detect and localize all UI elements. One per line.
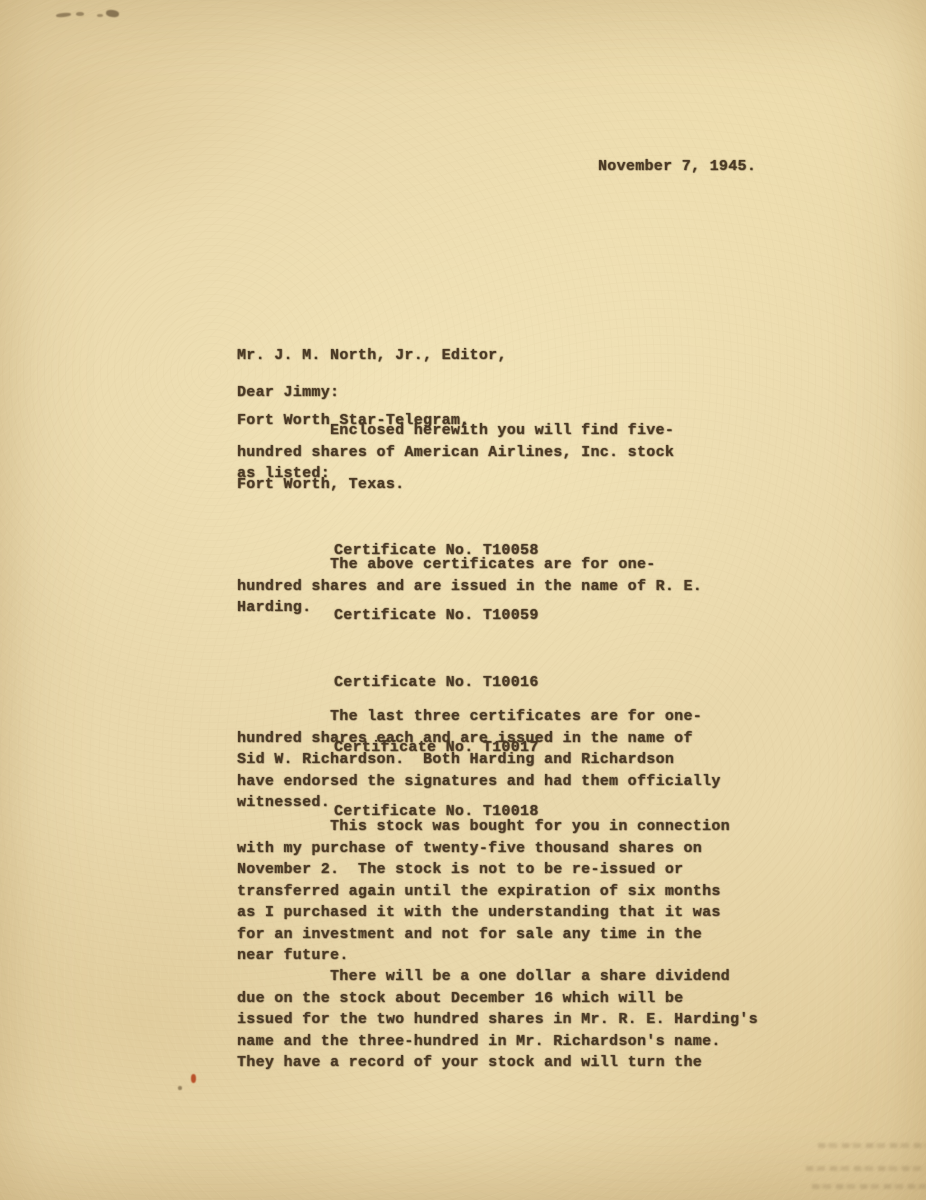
salutation: Dear Jimmy: <box>237 382 339 404</box>
recipient-line: Mr. J. M. North, Jr., Editor, <box>237 345 507 367</box>
paragraph: Enclosed herewith you will find five- hu… <box>237 420 837 485</box>
date-line: November 7, 1945. <box>598 156 756 178</box>
scanned-letter-page: { "theme": { "paper_color": "#e9d8ac", "… <box>0 0 926 1200</box>
faint-bleedthrough-line <box>812 1184 926 1189</box>
red-ink-speck <box>191 1074 196 1083</box>
faint-bleedthrough-line <box>806 1166 926 1171</box>
paragraph: The last three certificates are for one-… <box>237 706 837 814</box>
recipient-address: Mr. J. M. North, Jr., Editor, Fort Worth… <box>237 302 507 517</box>
paragraph: The above certificates are for one- hund… <box>237 554 837 619</box>
paragraph: There will be a one dollar a share divid… <box>237 966 857 1074</box>
faint-bleedthrough-line <box>818 1143 926 1148</box>
certificate-line: Certificate No. T10016 <box>334 672 539 694</box>
paper-smudge <box>97 14 103 17</box>
paper-smudge <box>76 12 84 16</box>
paragraph: This stock was bought for you in connect… <box>237 816 837 967</box>
paper-speck <box>178 1086 182 1090</box>
